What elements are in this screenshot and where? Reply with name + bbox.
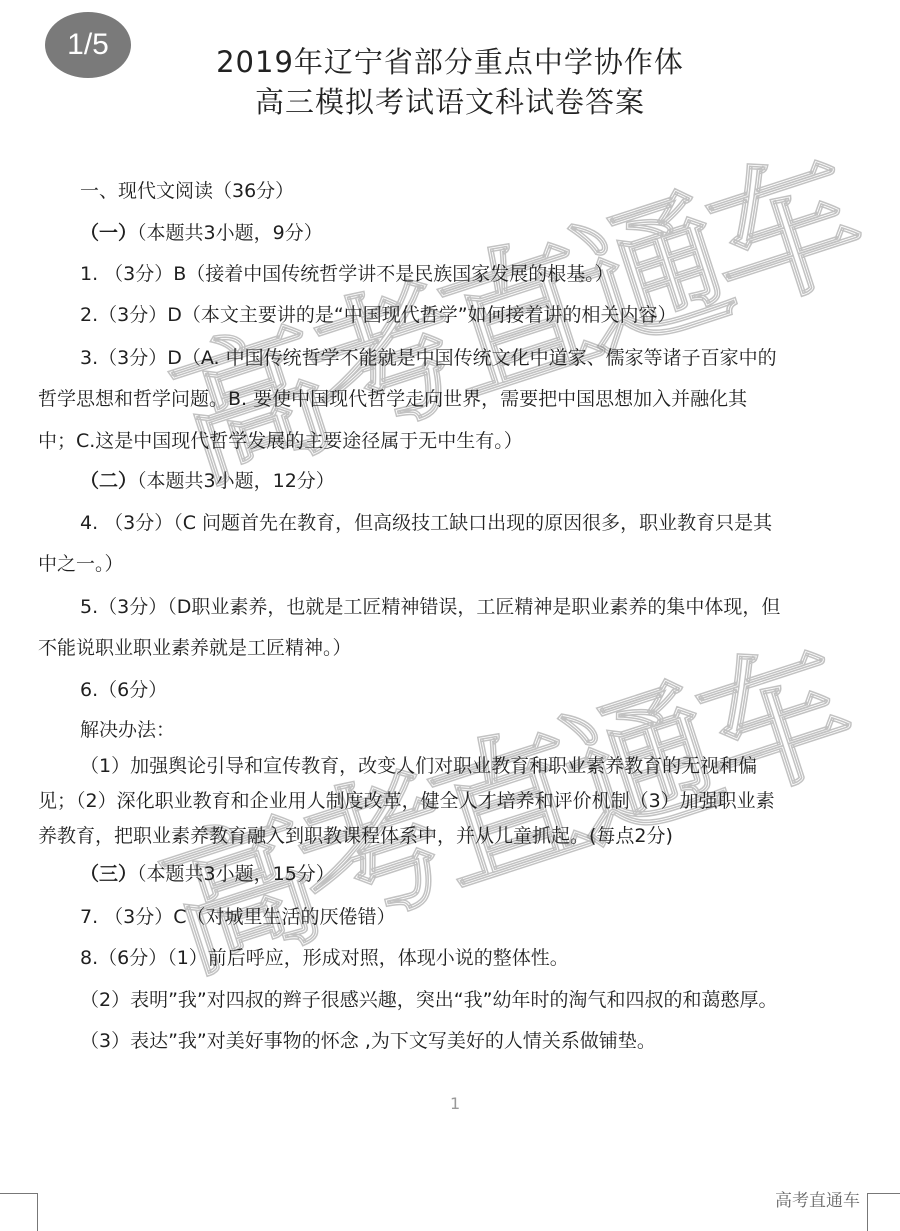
answer-q8-line1: 8.（6分）（1）前后呼应，形成对照，体现小说的整体性。 [80,943,569,970]
part-label: （二） [80,470,137,492]
part-heading-3: （三）（本题共3小题，15分） [80,859,335,886]
answer-q7: 7. （3分）C（对城里生活的厌倦错） [80,902,396,929]
answer-q3-line1: 3.（3分）D（A. 中国传统哲学不能就是中国传统文化中道家、儒家等诸子百家中的 [80,343,777,370]
answer-q4-line1: 4. （3分）（C 问题首先在教育，但高级技工缺口出现的原因很多，职业教育只是其 [80,508,772,535]
part-heading-1: （一）（本题共3小题，9分） [80,218,323,245]
page-number: 1 [450,1094,460,1113]
answer-q6-line1: （1）加强舆论引导和宣传教育，改变人们对职业教育和职业素养教育的无视和偏 [80,751,757,778]
answer-q6-line3: 养教育，把职业素养教育融入到职教课程体系中，并从儿童抓起。(每点2分) [38,821,673,848]
answer-q6-heading: 6.（6分） [80,675,167,702]
part-heading-2: （二）（本题共3小题，12分） [80,466,335,493]
answer-q2: 2.（3分）D（本文主要讲的是“中国现代哲学”如何接着讲的相关内容） [80,300,677,327]
part-desc: （本题共3小题，9分） [137,222,323,244]
part-desc: （本题共3小题，12分） [137,470,335,492]
answer-q4-line2: 中之一。） [38,549,124,576]
section-heading: 一、现代文阅读（36分） [80,176,294,203]
answer-q8-line3: （3）表达”我”对美好事物的怀念 ,为下文写美好的人情关系做铺垫。 [80,1026,656,1053]
answer-q5-line2: 不能说职业职业素养就是工匠精神。） [38,633,352,660]
part-label: （一） [80,222,137,244]
answer-q3-line2: 哲学思想和哲学问题。B. 要使中国现代哲学走向世界，需要把中国思想加入并融化其 [38,384,747,411]
answer-q8-line2: （2）表明”我”对四叔的辫子很感兴趣，突出“我”幼年时的淘气和四叔的和蔼憨厚。 [80,985,777,1012]
answer-q3-line3: 中；C.这是中国现代哲学发展的主要途径属于无中生有。） [38,426,523,453]
crop-mark-right [867,1193,900,1231]
document-title-line2: 高三模拟考试语文科试卷答案 [0,80,900,121]
document-title-line1: 2019年辽宁省部分重点中学协作体 [0,40,900,81]
answer-q6-subheading: 解决办法： [80,715,175,742]
part-label: （三） [80,863,137,885]
answer-q1: 1. （3分）B（接着中国传统哲学讲不是民族国家发展的根基。） [80,259,614,286]
part-desc: （本题共3小题，15分） [137,863,335,885]
answer-q5-line1: 5.（3分）（D职业素养，也就是工匠精神错误，工匠精神是职业素养的集中体现，但 [80,592,780,619]
answer-q6-line2: 见；（2）深化职业教育和企业用人制度改革，健全人才培养和评价机制（3）加强职业素 [38,786,775,813]
crop-mark-left [0,1193,38,1231]
brand-watermark: 高考直通车 [775,1186,862,1211]
